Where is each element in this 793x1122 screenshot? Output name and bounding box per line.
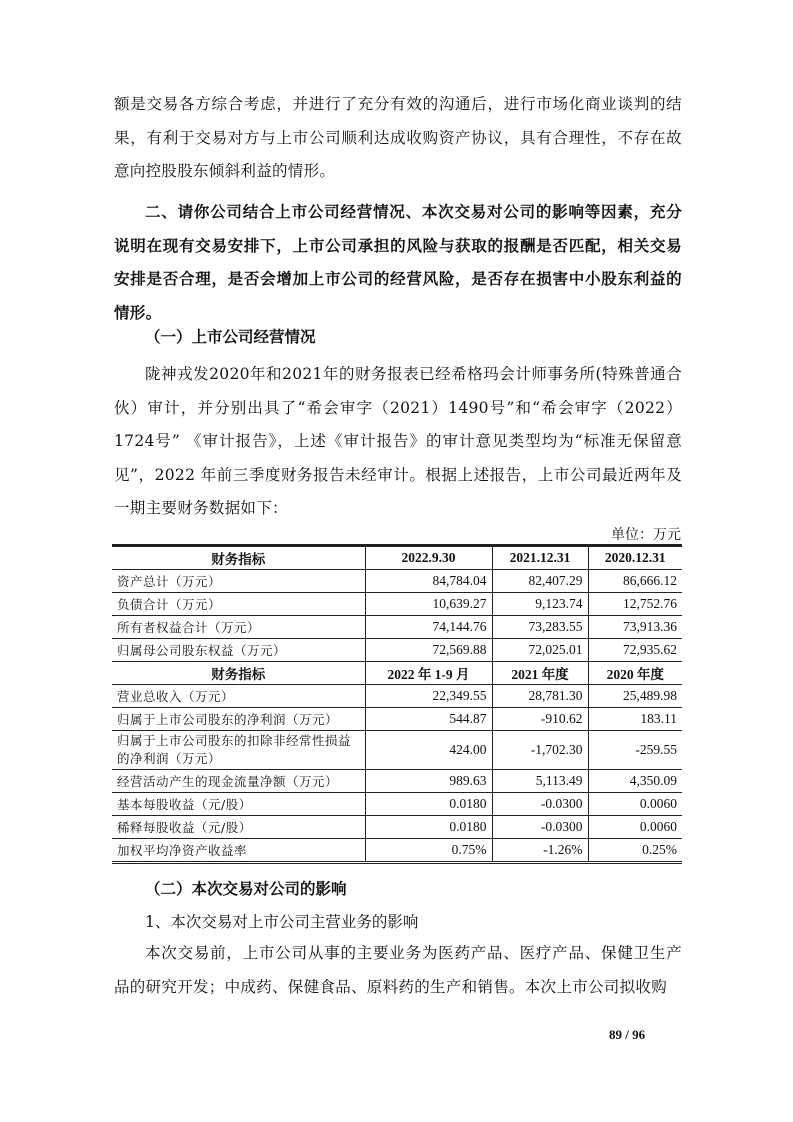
table-cell: 12,752.76	[588, 593, 682, 616]
table-header-row: 财务指标 2022 年 1-9 月 2021 年度 2020 年度	[112, 662, 682, 685]
financial-data-table: 财务指标 2022.9.30 2021.12.31 2020.12.31 资产总…	[112, 544, 682, 864]
table-cell: 0.0060	[588, 816, 682, 839]
table-cell: 84,784.04	[365, 570, 492, 593]
table-row: 加权平均净资产收益率 0.75% -1.26% 0.25%	[112, 839, 682, 863]
table-header-cell: 2022.9.30	[365, 546, 492, 570]
table-cell: 82,407.29	[492, 570, 588, 593]
table-cell: 0.0060	[588, 793, 682, 816]
document-page: 额是交易各方综合考虑，并进行了充分有效的沟通后，进行市场化商业谈判的结果，有利于…	[0, 0, 793, 1122]
subsection-heading-main-business: 1、本次交易对上市公司主营业务的影响	[145, 910, 418, 932]
table-row: 经营活动产生的现金流量净额（万元） 989.63 5,113.49 4,350.…	[112, 770, 682, 793]
table-cell: 183.11	[588, 708, 682, 731]
row-label: 加权平均净资产收益率	[112, 839, 365, 863]
row-label: 营业总收入（万元）	[112, 685, 365, 708]
table-cell: 73,913.36	[588, 616, 682, 639]
table-cell: 72,025.01	[492, 639, 588, 662]
table-cell: 74,144.76	[365, 616, 492, 639]
table-header-cell: 2021 年度	[492, 662, 588, 685]
row-label: 经营活动产生的现金流量净额（万元）	[112, 770, 365, 793]
section-heading-impact: （二）本次交易对公司的影响	[145, 877, 347, 899]
unit-label: 单位：万元	[611, 524, 681, 544]
table-row: 归属母公司股东权益（万元） 72,569.88 72,025.01 72,935…	[112, 639, 682, 662]
table-row: 营业总收入（万元） 22,349.55 28,781.30 25,489.98	[112, 685, 682, 708]
table-cell: -1.26%	[492, 839, 588, 863]
table-header-cell: 2020.12.31	[588, 546, 682, 570]
table-header-cell: 2022 年 1-9 月	[365, 662, 492, 685]
table-cell: 73,283.55	[492, 616, 588, 639]
table-header-cell: 2020 年度	[588, 662, 682, 685]
table-cell: 0.0180	[365, 793, 492, 816]
row-label: 归属母公司股东权益（万元）	[112, 639, 365, 662]
table-row: 归属于上市公司股东的净利润（万元） 544.87 -910.62 183.11	[112, 708, 682, 731]
table-cell: 9,123.74	[492, 593, 588, 616]
table-cell: 989.63	[365, 770, 492, 793]
table-cell: 72,569.88	[365, 639, 492, 662]
table-cell: 5,113.49	[492, 770, 588, 793]
table-header-cell: 2021.12.31	[492, 546, 588, 570]
row-label: 所有者权益合计（万元）	[112, 616, 365, 639]
table-row: 稀释每股收益（元/股） 0.0180 -0.0300 0.0060	[112, 816, 682, 839]
table-cell: 28,781.30	[492, 685, 588, 708]
row-label: 稀释每股收益（元/股）	[112, 816, 365, 839]
table-cell: 0.25%	[588, 839, 682, 863]
table-header-row: 财务指标 2022.9.30 2021.12.31 2020.12.31	[112, 546, 682, 570]
table-cell: 22,349.55	[365, 685, 492, 708]
table-row: 归属于上市公司股东的扣除非经常性损益的净利润（万元） 424.00 -1,702…	[112, 731, 682, 770]
paragraph-conclusion: 额是交易各方综合考虑，并进行了充分有效的沟通后，进行市场化商业谈判的结果，有利于…	[114, 88, 682, 189]
row-label: 资产总计（万元）	[112, 570, 365, 593]
table-cell: 4,350.09	[588, 770, 682, 793]
table-row: 所有者权益合计（万元） 74,144.76 73,283.55 73,913.3…	[112, 616, 682, 639]
table-header-cell: 财务指标	[112, 546, 365, 570]
table-cell: 424.00	[365, 731, 492, 770]
table-row: 基本每股收益（元/股） 0.0180 -0.0300 0.0060	[112, 793, 682, 816]
table-cell: -0.0300	[492, 816, 588, 839]
table-cell: -0.0300	[492, 793, 588, 816]
row-label: 归属于上市公司股东的扣除非经常性损益的净利润（万元）	[112, 731, 365, 770]
row-label: 归属于上市公司股东的净利润（万元）	[112, 708, 365, 731]
table-cell: 10,639.27	[365, 593, 492, 616]
page-number: 89 / 96	[609, 1027, 645, 1043]
paragraph-business: 本次交易前，上市公司从事的主要业务为医药产品、医疗产品、保健卫生产品的研究开发；…	[114, 937, 682, 1004]
table-row: 负债合计（万元） 10,639.27 9,123.74 12,752.76	[112, 593, 682, 616]
section-heading-operations: （一）上市公司经营情况	[145, 325, 316, 347]
table-cell: 25,489.98	[588, 685, 682, 708]
question-two-heading: 二、请你公司结合上市公司经营情况、本次交易对公司的影响等因素，充分说明在现有交易…	[114, 196, 682, 330]
table-cell: 0.0180	[365, 816, 492, 839]
table-header-cell: 财务指标	[112, 662, 365, 685]
table-cell: 0.75%	[365, 839, 492, 863]
table-cell: -1,702.30	[492, 731, 588, 770]
paragraph-audit: 陇神戎发2020年和2021年的财务报表已经希格玛会计师事务所(特殊普通合伙）审…	[114, 358, 682, 526]
row-label: 基本每股收益（元/股）	[112, 793, 365, 816]
row-label: 负债合计（万元）	[112, 593, 365, 616]
table-cell: -910.62	[492, 708, 588, 731]
table-cell: 72,935.62	[588, 639, 682, 662]
table-cell: -259.55	[588, 731, 682, 770]
table-row: 资产总计（万元） 84,784.04 82,407.29 86,666.12	[112, 570, 682, 593]
table-cell: 544.87	[365, 708, 492, 731]
table-cell: 86,666.12	[588, 570, 682, 593]
